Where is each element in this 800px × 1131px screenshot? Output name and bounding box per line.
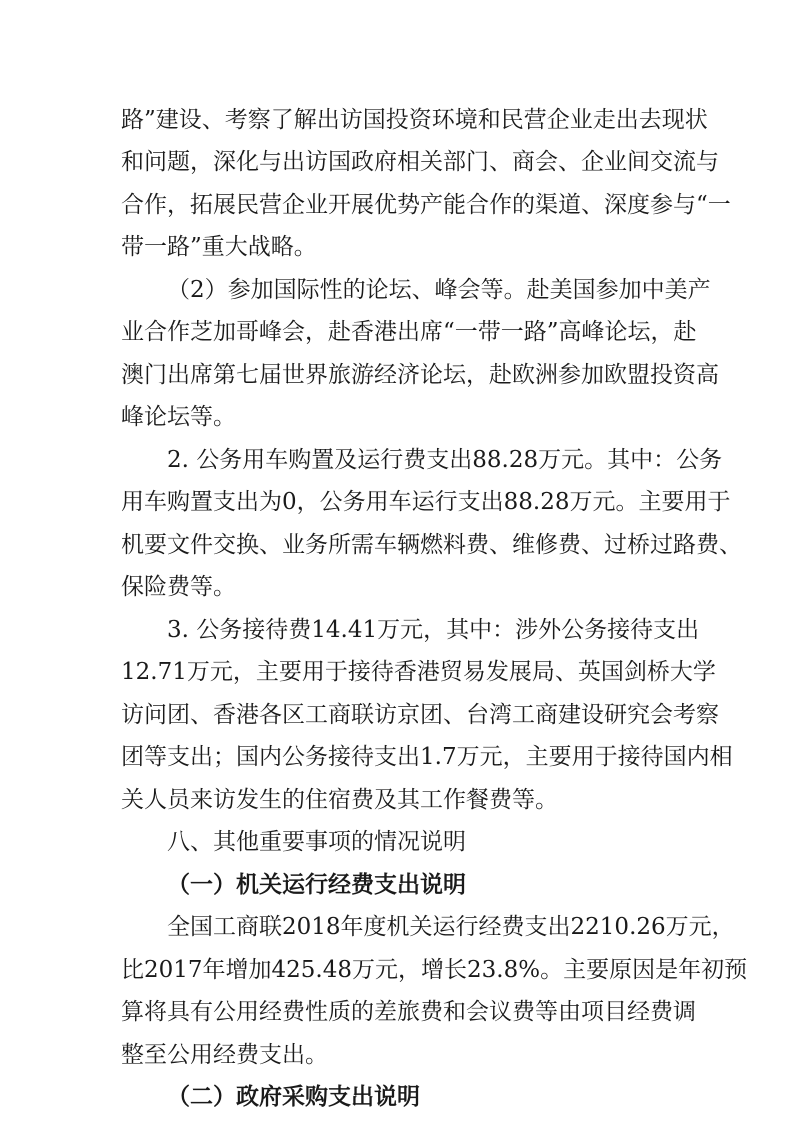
document-page: 路”建设、考察了解出访国投资环境和民营企业走出去现状 和问题，深化与出访国政府相… (0, 0, 800, 1131)
paragraph-line: 保险费等。 (121, 572, 681, 602)
paragraph-line: 用车购置支出为0，公务用车运行支出88.28万元。主要用于 (121, 487, 681, 517)
paragraph-line: 机要文件交换、业务所需车辆燃料费、维修费、过桥过路费、 (121, 530, 681, 560)
paragraph-line: 全国工商联2018年度机关运行经费支出2210.26万元， (167, 912, 681, 942)
paragraph-line: 整至公用经费支出。 (121, 1040, 681, 1070)
paragraph-line: 访问团、香港各区工商联访京团、台湾工商建设研究会考察 (121, 700, 681, 730)
paragraph-line: （2）参加国际性的论坛、峰会等。赴美国参加中美产 (167, 275, 681, 305)
paragraph-line: 3. 公务接待费14.41万元，其中：涉外公务接待支出 (167, 615, 681, 645)
paragraph-line: 业合作芝加哥峰会，赴香港出席“一带一路”高峰论坛，赴 (121, 317, 681, 347)
paragraph-line: 算将具有公用经费性质的差旅费和会议费等由项目经费调 (121, 997, 681, 1027)
section-heading: 八、其他重要事项的情况说明 (167, 827, 681, 857)
paragraph-line: 12.71万元，主要用于接待香港贸易发展局、英国剑桥大学 (121, 657, 681, 687)
paragraph-line: 峰论坛等。 (121, 402, 681, 432)
paragraph-line: 2. 公务用车购置及运行费支出88.28万元。其中：公务 (167, 445, 681, 475)
paragraph-line: 合作，拓展民营企业开展优势产能合作的渠道、深度参与“一 (121, 190, 681, 220)
subsection-heading: （一）机关运行经费支出说明 (167, 870, 681, 900)
paragraph-line: 和问题，深化与出访国政府相关部门、商会、企业间交流与 (121, 147, 681, 177)
paragraph-line: 澳门出席第七届世界旅游经济论坛，赴欧洲参加欧盟投资高 (121, 360, 681, 390)
paragraph-line: 关人员来访发生的住宿费及其工作餐费等。 (121, 785, 681, 815)
paragraph-line: 带一路”重大战略。 (121, 232, 681, 262)
paragraph-line: 团等支出；国内公务接待支出1.7万元，主要用于接待国内相 (121, 742, 681, 772)
subsection-heading: （二）政府采购支出说明 (167, 1082, 681, 1112)
paragraph-line: 比2017年增加425.48万元，增长23.8%。主要原因是年初预 (121, 955, 681, 985)
paragraph-line: 路”建设、考察了解出访国投资环境和民营企业走出去现状 (121, 105, 681, 135)
